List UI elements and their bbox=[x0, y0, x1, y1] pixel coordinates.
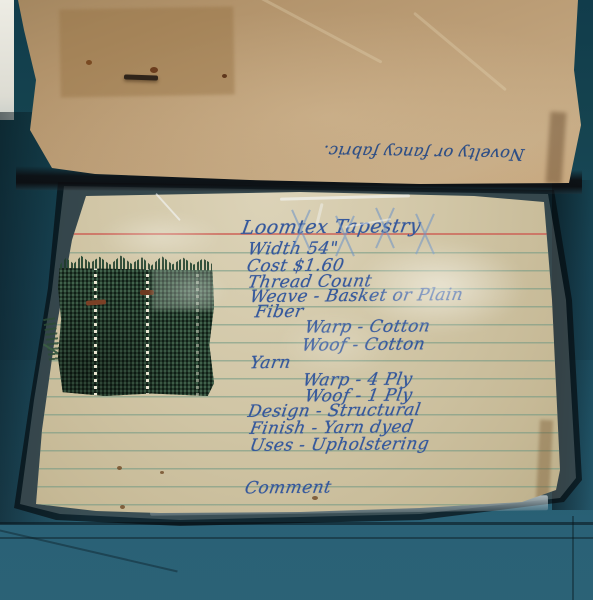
paper-crease bbox=[257, 0, 382, 64]
plastic-glare bbox=[250, 298, 420, 393]
paper-crease bbox=[413, 12, 507, 91]
x-tally-mark bbox=[288, 208, 314, 252]
upside-down-handwriting: Novelty or fancy fabric. bbox=[265, 116, 530, 164]
background-wall-strip bbox=[0, 0, 14, 120]
top-page: Novelty or fancy fabric. bbox=[0, 0, 593, 192]
tape-residue-patch bbox=[59, 6, 235, 97]
box-corner-edge bbox=[0, 526, 178, 573]
comment-line: Comment bbox=[244, 480, 333, 498]
page-edge-stain bbox=[546, 112, 567, 185]
foxing-spot bbox=[117, 466, 122, 470]
foxing-spot bbox=[120, 505, 125, 509]
box-edge-line bbox=[572, 516, 574, 600]
rust-spot bbox=[86, 60, 92, 65]
swatch-dotted-stripe bbox=[94, 260, 97, 406]
rust-spot bbox=[222, 74, 227, 78]
swatch-red-fleck bbox=[86, 299, 106, 305]
uses-line: Uses - Upholstering bbox=[248, 436, 430, 455]
photo-scene: Loomtex Tapestry Width 54" Cost $1.60 Th… bbox=[0, 0, 593, 600]
box-seam-line bbox=[0, 537, 593, 539]
rust-spot bbox=[150, 67, 158, 73]
plastic-glare bbox=[70, 202, 250, 272]
swatch-dotted-stripe bbox=[146, 260, 149, 406]
foxing-spot bbox=[160, 471, 164, 474]
plastic-glare bbox=[148, 262, 243, 320]
